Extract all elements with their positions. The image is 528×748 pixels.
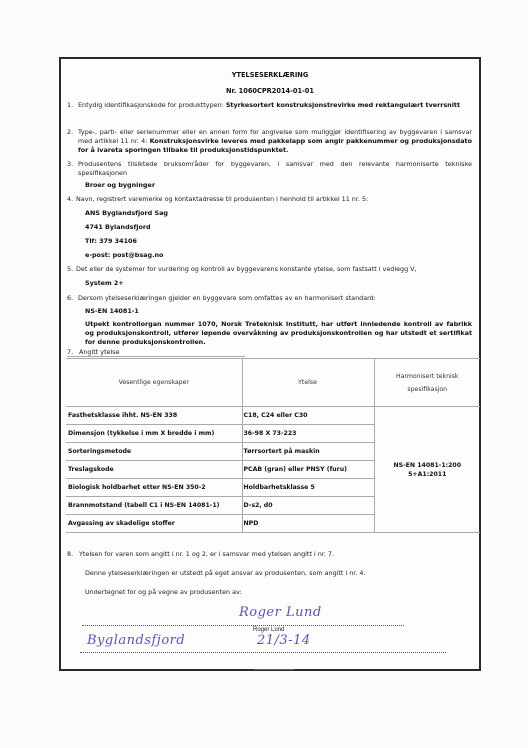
property-cell: Biologisk holdbarhet etter NS-EN 350-2: [66, 479, 242, 497]
item-1-text: Entydig identifikasjonskode for produktt…: [78, 101, 226, 109]
item-1: Entydig identifikasjonskode for produktt…: [78, 101, 472, 110]
manufacturer-phone: Tlf: 379 34106: [85, 237, 137, 246]
item-3-value: Broer og bygninger: [85, 181, 155, 190]
manufacturer-address: 4741 Bylandsfjord: [85, 223, 151, 232]
item-7-underline: [67, 356, 245, 357]
item-2-number: 2.: [67, 128, 73, 137]
header-properties: Vesentlige egenskaper: [66, 359, 242, 407]
item-6-paragraph: Utpekt kontrollorgan nummer 1070, Norsk …: [85, 320, 472, 347]
header-performance: Ytelse: [242, 359, 374, 407]
item-4-number: 4.: [67, 195, 73, 204]
handwritten-place: Byglandsfjord: [87, 633, 185, 648]
item-2: Type-, parti- eller serienummer eller en…: [78, 128, 472, 155]
item-8-line3: Undertegnet for og på vegne av produsent…: [85, 588, 242, 597]
item-5-text: Det eller de systemer for vurdering og k…: [76, 265, 417, 274]
item-6-number: 6.: [67, 294, 73, 303]
item-5-number: 5.: [67, 265, 73, 274]
item-3-number: 3.: [67, 160, 73, 169]
spec-value: NS-EN 14081-1:2005+A1:2011: [392, 461, 462, 479]
item-1-number: 1.: [67, 101, 73, 110]
performance-cell: D-s2, d0: [242, 497, 374, 515]
table-row: Fasthetsklasse ihht. NS-EN 338C18, C24 e…: [66, 407, 480, 425]
property-cell: Treslagskode: [66, 461, 242, 479]
property-cell: Avgassing av skadelige stoffer: [66, 515, 242, 533]
item-4-text: Navn, registrert varemerke og kontaktadr…: [76, 195, 368, 204]
manufacturer-email: e-post: post@bsag.no: [85, 251, 163, 260]
performance-cell: Tørrsortert på maskin: [242, 443, 374, 461]
property-cell: Sorteringsmetode: [66, 443, 242, 461]
item-8-line1: Ytelsen for varen som angitt i nr. 1 og …: [79, 550, 334, 559]
property-cell: Brannmotstand (tabell C1 i NS-EN 14081-1…: [66, 497, 242, 515]
declaration-frame: YTELSESERKLÆRING Nr. 1060CPR2014-01-01 1…: [59, 57, 481, 671]
performance-cell: C18, C24 eller C30: [242, 407, 374, 425]
item-8-number: 8.: [67, 550, 73, 559]
item-3-text: Produsentens tilsiktede bruksområder for…: [78, 160, 472, 178]
signature-line: [82, 625, 404, 626]
handwritten-date: 21/3-14: [257, 633, 311, 648]
place-date-line: [80, 652, 446, 653]
header-spec: Harmonisert teknisk spesifikasjon: [374, 359, 480, 407]
item-1-value: Styrkesortert konstruksjonstrevirke med …: [226, 101, 460, 109]
performance-table: Vesentlige egenskaper Ytelse Harmonisert…: [66, 358, 480, 533]
document-number: Nr. 1060CPR2014-01-01: [61, 87, 479, 96]
performance-cell: 36-98 X 73-223: [242, 425, 374, 443]
item-6-text: Dersom ytelseserklæringen gjelder en byg…: [78, 294, 376, 303]
performance-cell: PCAB (gran) eller PNSY (furu): [242, 461, 374, 479]
short-divider: [254, 669, 294, 670]
property-cell: Fasthetsklasse ihht. NS-EN 338: [66, 407, 242, 425]
manufacturer-name: ANS Byglandsfjord Sag: [85, 209, 168, 218]
performance-cell: NPD: [242, 515, 374, 533]
performance-cell: Holdbarhetsklasse 5: [242, 479, 374, 497]
item-8-line2: Denne ytelseserklæringen er utstedt på e…: [85, 569, 366, 578]
spec-cell: NS-EN 14081-1:2005+A1:2011: [374, 407, 480, 533]
property-cell: Dimensjon (tykkelse i mm X bredde i mm): [66, 425, 242, 443]
document-title: YTELSESERKLÆRING: [61, 71, 479, 80]
item-5-value: System 2+: [85, 279, 124, 288]
item-6-standard: NS-EN 14081-1: [85, 307, 139, 316]
handwritten-signature: Roger Lund: [239, 605, 322, 620]
